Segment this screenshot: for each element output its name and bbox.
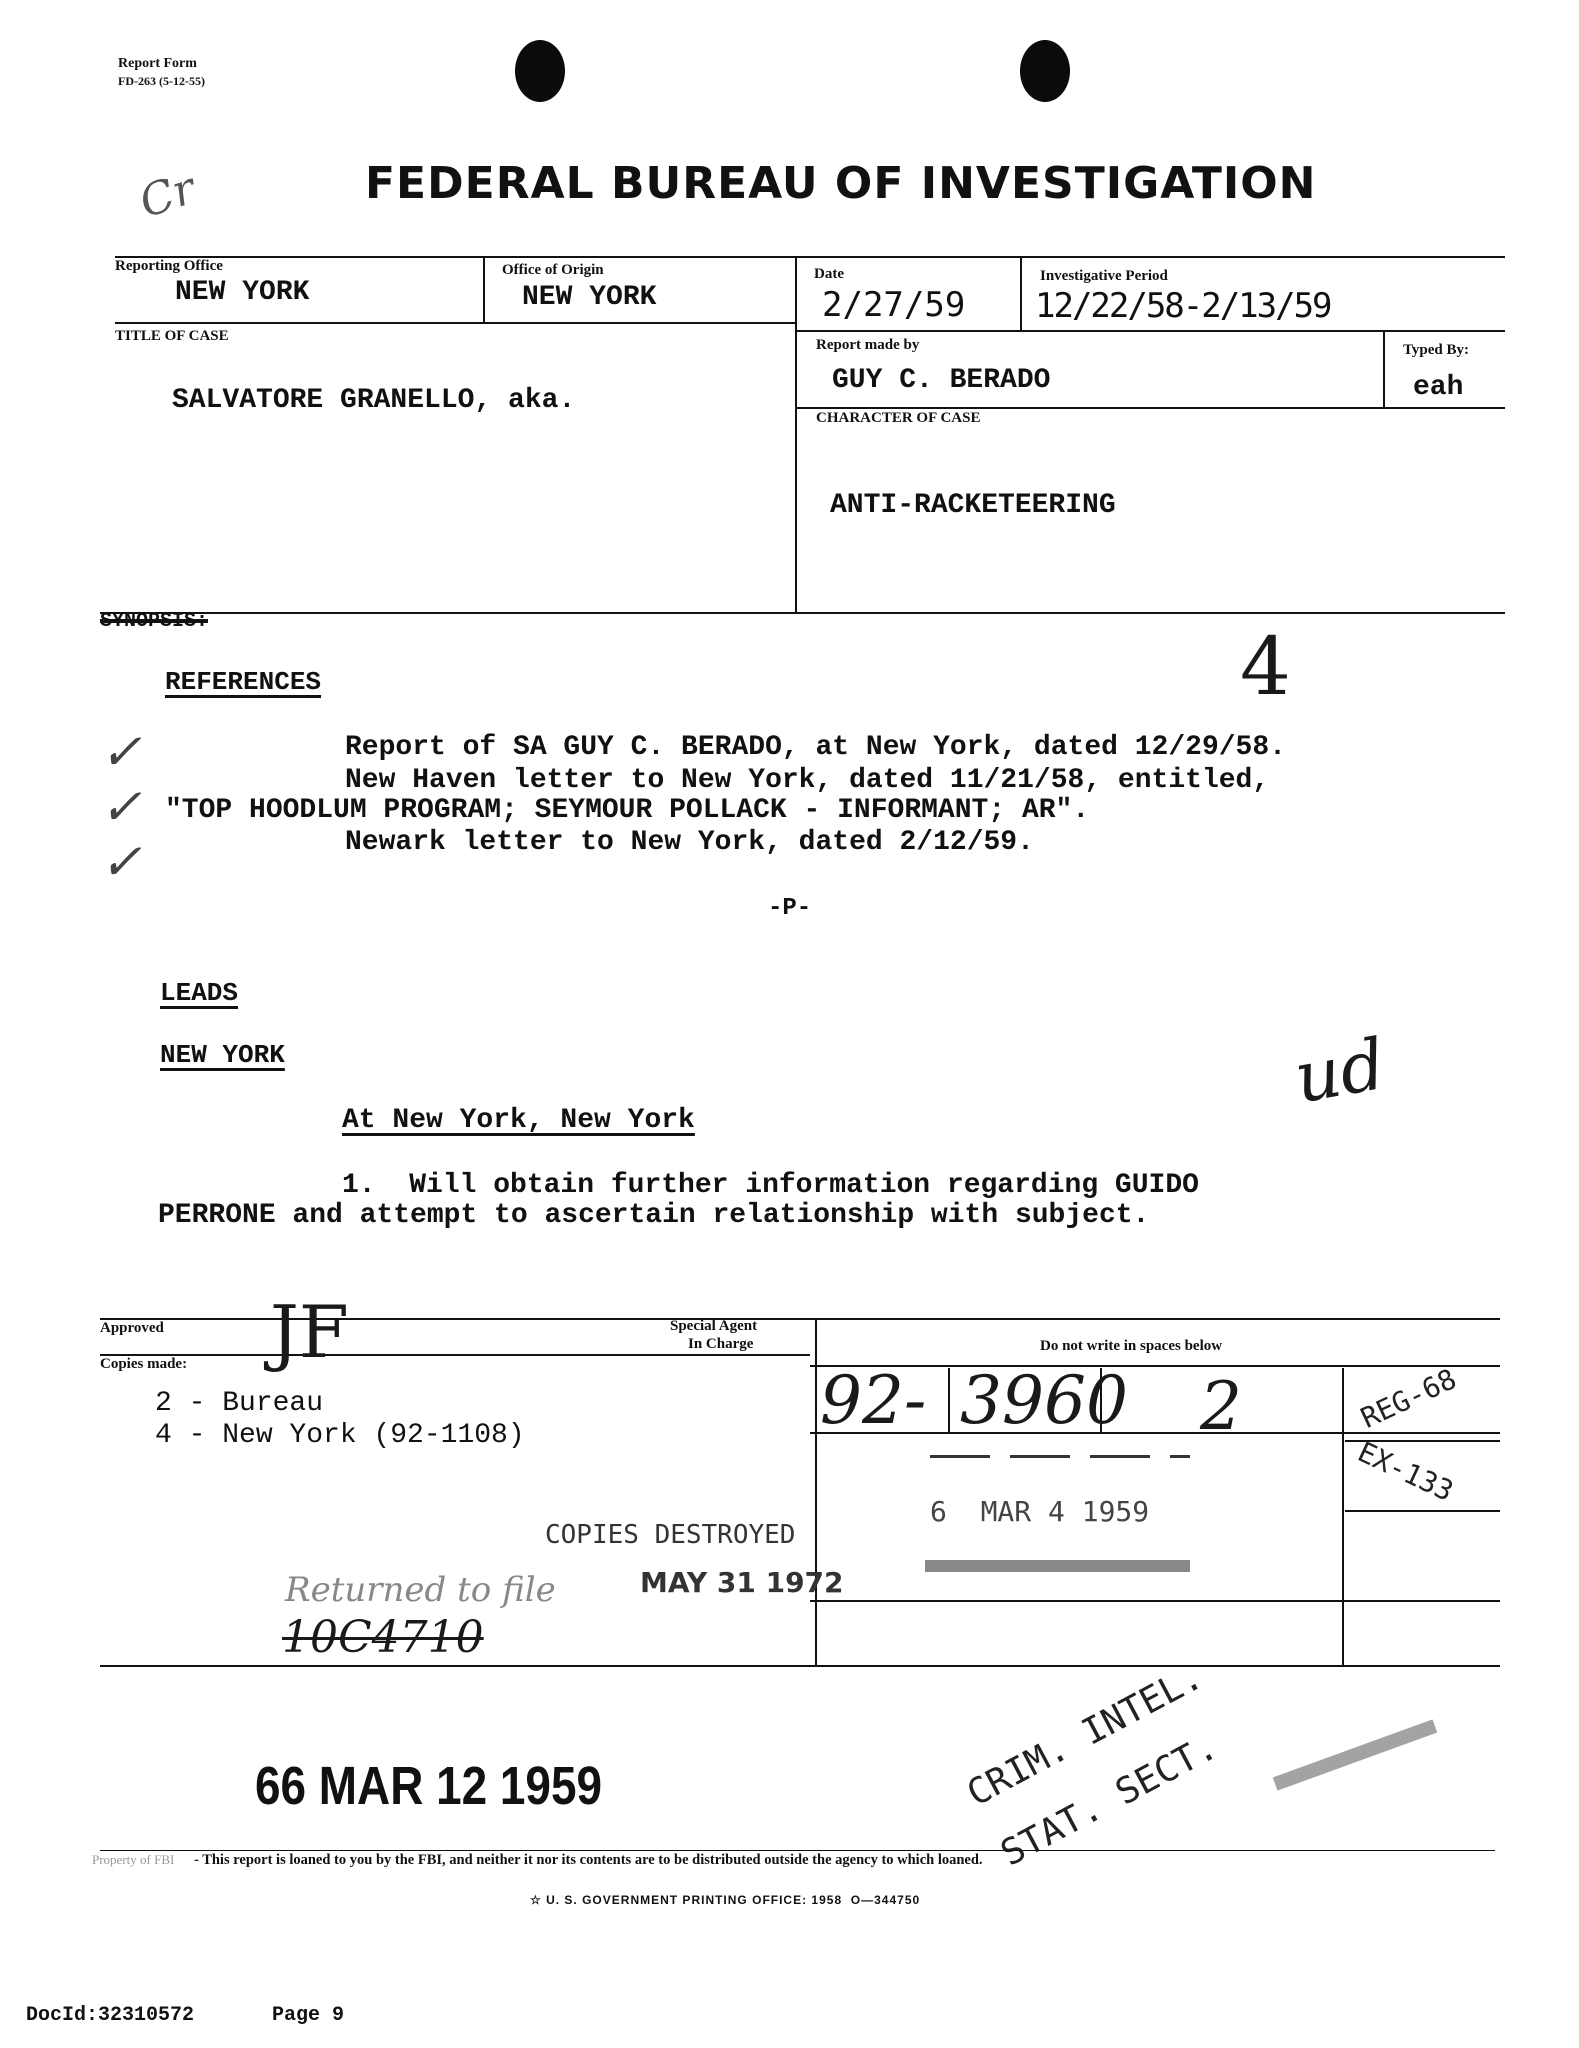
bottom-form-rule (100, 1665, 1500, 1667)
file-number-part-3: 2 (1200, 1368, 1242, 1445)
form-number: FD-263 (5-12-55) (118, 74, 205, 89)
title-of-case-label: TITLE OF CASE (115, 328, 229, 345)
margin-check-marks: ✓✓✓ (100, 725, 142, 890)
bottom-divider-main (815, 1318, 817, 1665)
disclaimer-rule (100, 1850, 1495, 1851)
header-bottom-rule (100, 612, 1505, 614)
disclaimer-prefix: Property of FBI (92, 1852, 174, 1868)
sac-label-line2: In Charge (688, 1336, 753, 1353)
lead-line-2: PERRONE and attempt to ascertain relatio… (158, 1200, 1149, 1231)
received-stamp: 6 MAR 4 1959 (930, 1495, 1149, 1528)
handwritten-code: 10C4710 (282, 1612, 484, 1663)
approved-label: Approved (100, 1320, 164, 1337)
reference-line-2: New Haven letter to New York, dated 11/2… (345, 765, 1269, 796)
investigative-period-value: 12/22/58-2/13/59 (1035, 286, 1331, 326)
file-number-divider-1 (948, 1368, 950, 1432)
file-number-part-2: 3960 (960, 1362, 1128, 1439)
handwritten-page-number: 4 (1240, 620, 1291, 713)
character-of-case-label: CHARACTER OF CASE (816, 410, 980, 427)
divider-office (483, 258, 485, 322)
typed-by-label: Typed By: (1403, 342, 1469, 359)
header-row1-rule (115, 322, 795, 324)
punch-hole-left (515, 40, 565, 102)
reference-line-4: Newark letter to New York, dated 2/12/59… (345, 827, 1034, 858)
reference-line-1: Report of SA GUY C. BERADO, at New York,… (345, 732, 1286, 763)
underline-dashes (930, 1455, 1190, 1458)
divider-typed (1383, 332, 1385, 407)
lead-line-1: 1. Will obtain further information regar… (342, 1170, 1199, 1201)
copies-destroyed-stamp: COPIES DESTROYED (545, 1520, 795, 1550)
synopsis-struck-label: SYNOPSIS: (100, 610, 208, 633)
reference-line-3: "TOP HOODLUM PROGRAM; SEYMOUR POLLACK - … (165, 795, 1089, 826)
copies-line-2: 4 - New York (92-1108) (155, 1420, 525, 1451)
copies-destroyed-date: MAY 31 1972 (640, 1566, 844, 1599)
disclaimer-text: - This report is loaned to you by the FB… (194, 1852, 983, 1869)
page-marker: -P- (768, 895, 811, 922)
character-of-case-value: ANTI-RACKETEERING (830, 490, 1116, 521)
agency-title: FEDERAL BUREAU OF INVESTIGATION (365, 158, 1316, 209)
title-of-case-value: SALVATORE GRANELLO, aka. (172, 385, 575, 416)
right-box-rule-2 (1345, 1510, 1500, 1512)
references-heading: REFERENCES (165, 667, 321, 697)
leads-heading: LEADS (160, 978, 238, 1008)
reporting-office-label: Reporting Office (115, 258, 223, 275)
office-heading: NEW YORK (160, 1040, 285, 1070)
copies-line-1: 2 - Bureau (155, 1388, 323, 1419)
file-number-part-1: 92- (820, 1362, 926, 1439)
form-name: Report Form (118, 56, 197, 72)
punch-hole-right (1020, 40, 1070, 102)
report-made-by-label: Report made by (816, 337, 919, 354)
header-row1-rule-right (795, 330, 1505, 332)
smudged-stamp-bar (925, 1560, 1190, 1572)
office-of-origin-label: Office of Origin (502, 262, 604, 279)
divider-date (1020, 258, 1022, 330)
date-label: Date (814, 266, 844, 283)
approved-bottom-rule (100, 1354, 810, 1356)
do-not-write-label: Do not write in spaces below (1040, 1338, 1222, 1355)
bottom-divider-right (1342, 1368, 1344, 1665)
investigative-period-label: Investigative Period (1040, 268, 1168, 285)
handwritten-approved-initials: JF (270, 1290, 349, 1374)
reg-stamp: REG-68 (1356, 1362, 1462, 1435)
location-heading: At New York, New York (342, 1105, 695, 1136)
dated-stamp: 66 MAR 12 1959 (255, 1755, 602, 1817)
reporting-office-value: NEW YORK (175, 277, 309, 308)
handwritten-initials-top: Cr (133, 163, 201, 228)
report-made-by-value: GUY C. BERADO (832, 365, 1050, 396)
printing-office: ☆ U. S. GOVERNMENT PRINTING OFFICE: 1958… (530, 1893, 920, 1907)
ex-stamp: EX-133 (1353, 1435, 1459, 1508)
header-top-rule (115, 256, 1505, 258)
page-number: Page 9 (272, 2004, 344, 2027)
stamp-area-rule (810, 1600, 1500, 1602)
smudged-mark (1273, 1719, 1438, 1790)
divider-main (795, 258, 797, 612)
typed-by-value: eah (1413, 372, 1463, 403)
header-typed-rule (795, 407, 1505, 409)
copies-made-label: Copies made: (100, 1356, 187, 1373)
handwritten-note: Returned to file (285, 1570, 556, 1610)
doc-id: DocId:32310572 (26, 2004, 194, 2027)
date-value: 2/27/59 (822, 285, 965, 325)
sac-label-line1: Special Agent (670, 1318, 757, 1335)
handwritten-initials-right: ud (1289, 1023, 1392, 1119)
office-of-origin-value: NEW YORK (522, 282, 656, 313)
